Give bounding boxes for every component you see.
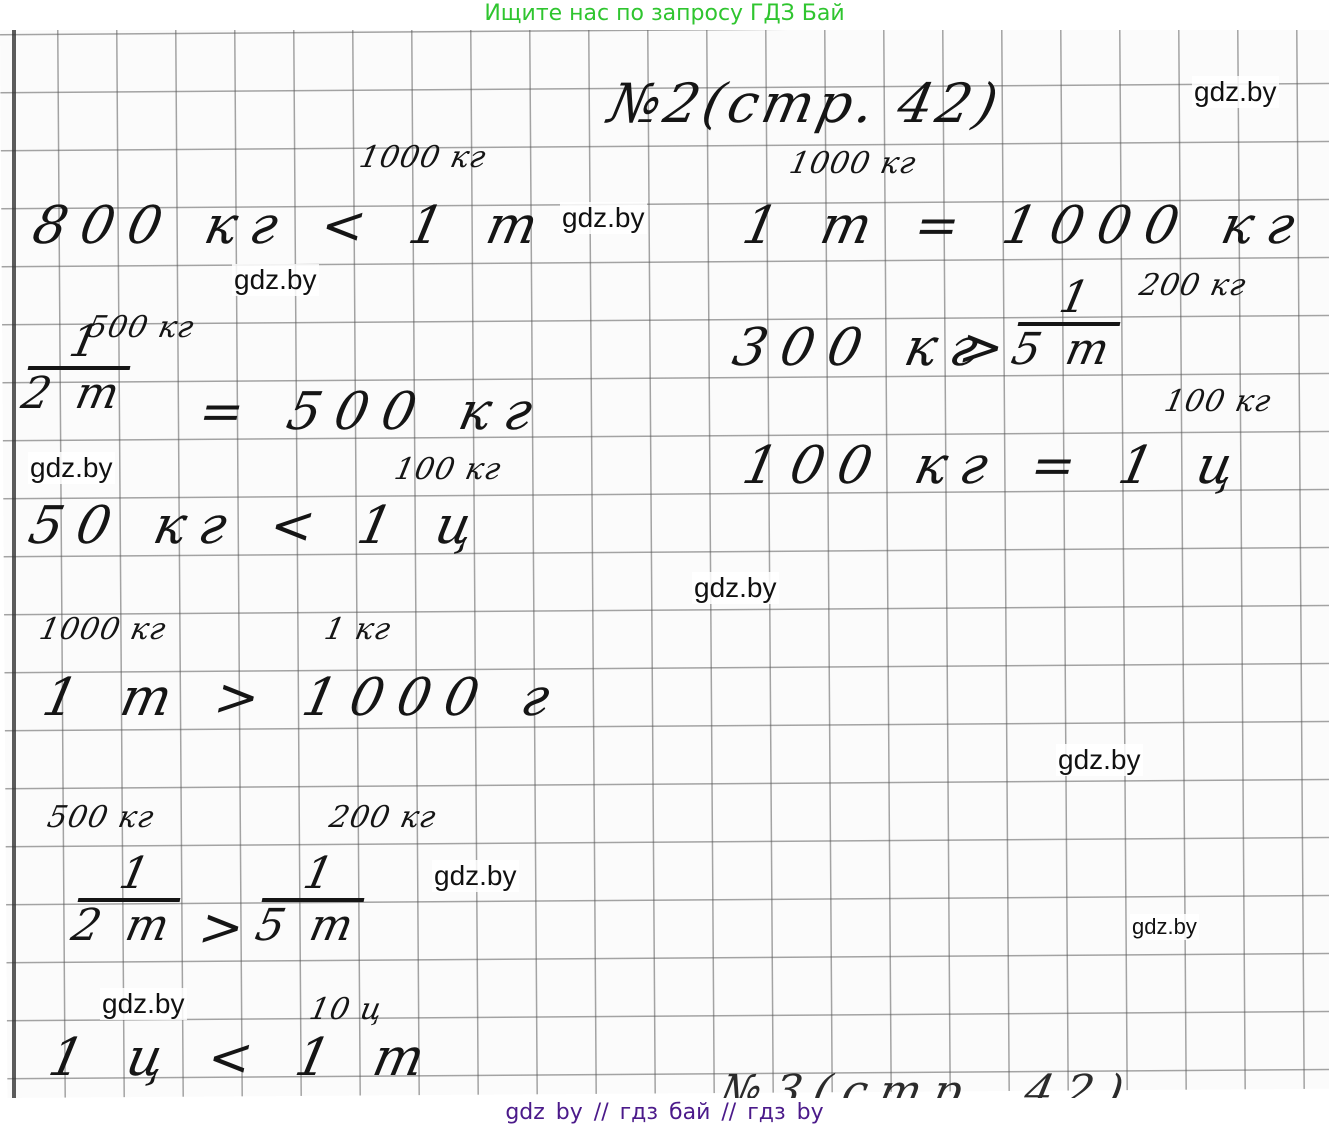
fraction-numerator: 1 xyxy=(300,852,337,896)
watermark: gdz.by xyxy=(1056,744,1143,776)
footer-banner: gdz by // гдз бай // гдз by xyxy=(0,1098,1329,1130)
watermark: gdz.by xyxy=(692,572,779,604)
hint-1kg: 1 кг xyxy=(321,612,394,647)
expression-100kg-eq-1c: 100 кг = 1 ц xyxy=(738,436,1254,496)
hint-100kg-right: 100 кг xyxy=(1161,384,1274,419)
hint-1000kg-b: 1000 кг xyxy=(36,612,169,647)
fraction-numerator: 1 xyxy=(66,320,103,364)
hint-10c: 10 ц xyxy=(306,992,386,1027)
hint-500kg-b: 500 кг xyxy=(44,800,157,835)
hint-200kg: 200 кг xyxy=(326,800,439,835)
expression-eq-500kg: = 500 кг xyxy=(194,382,552,442)
watermark: gdz.by xyxy=(28,452,115,484)
fraction-half-ton-b: 1 2 т xyxy=(68,852,190,948)
expression-1t-gt-1000g: 1 т > 1000 г xyxy=(38,668,569,728)
margin-line xyxy=(12,30,16,1098)
expression-50kg-lt-1c: 50 кг < 1 ц xyxy=(24,496,493,556)
hint-100kg: 100 кг xyxy=(391,452,504,487)
fraction-numerator: 1 xyxy=(1056,276,1093,320)
search-hint-banner: Ищите нас по запросу ГДЗ Бай xyxy=(0,0,1329,30)
hint-200kg-right: 200 кг xyxy=(1136,268,1249,303)
fraction-fifth-ton: 1 5 т xyxy=(252,852,374,948)
watermark: gdz.by xyxy=(1130,914,1199,940)
fraction-denominator: 5 т xyxy=(252,904,363,948)
expression-1t-eq-1000kg: 1 т = 1000 кг xyxy=(738,196,1315,256)
fraction-denominator: 2 т xyxy=(68,904,179,948)
fraction-numerator: 1 xyxy=(116,852,153,896)
fraction-half-ton: 1 2 т xyxy=(18,320,140,416)
expression-1c-lt-1t: 1 ц < 1 т xyxy=(44,1028,444,1088)
watermark: gdz.by xyxy=(100,988,187,1020)
fraction-fifth-ton-right: 1 5 т xyxy=(1008,276,1130,372)
watermark: gdz.by xyxy=(232,264,319,296)
watermark: gdz.by xyxy=(1192,76,1279,108)
task-title: №2(стр. 42) xyxy=(603,72,1007,135)
fraction-denominator: 2 т xyxy=(18,372,129,416)
watermark: gdz.by xyxy=(432,860,519,892)
expression-800kg-lt-1t: 800 кг < 1 т xyxy=(28,196,557,256)
watermark: gdz.by xyxy=(560,202,647,234)
hint-1000kg: 1000 кг xyxy=(356,140,489,175)
hint-1000kg-right: 1000 кг xyxy=(786,146,919,181)
fraction-denominator: 5 т xyxy=(1008,328,1119,372)
